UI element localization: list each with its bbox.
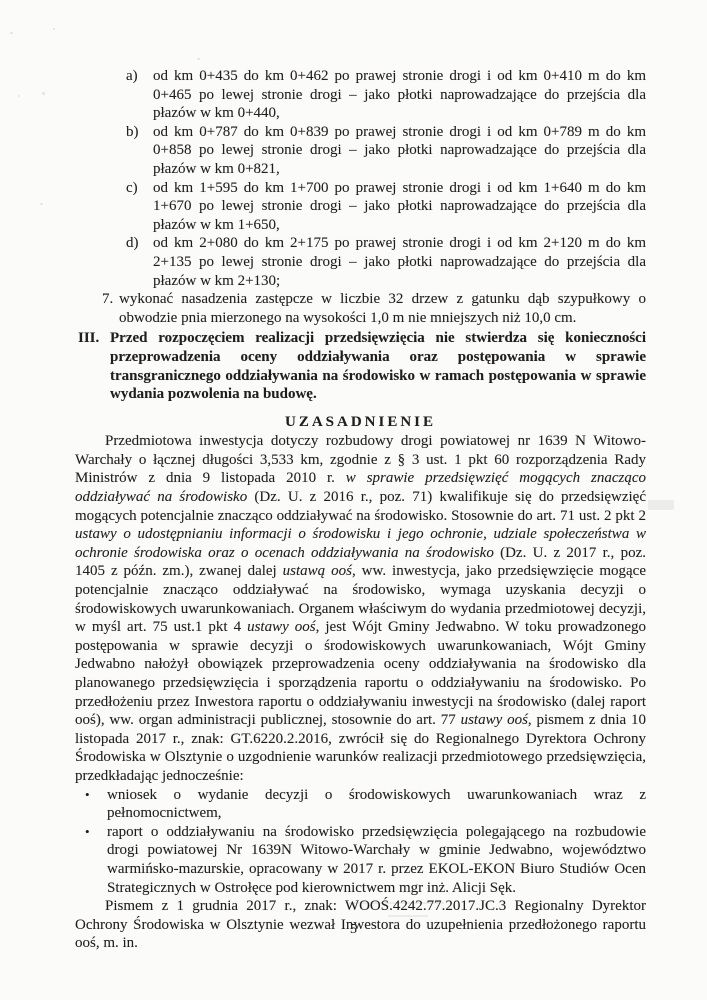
bullet-text: wniosek o wydanie decyzji o środowiskowy… (107, 786, 646, 823)
section-iii: III. Przed rozpoczęciem realizacji przed… (78, 329, 646, 403)
scan-speck (40, 203, 43, 205)
bullet-icon: • (85, 823, 107, 897)
scan-speck (18, 95, 20, 97)
list-item-text: od km 0+787 do km 0+839 po prawej stroni… (153, 123, 646, 179)
list-item-7: 7. wykonać nasadzenia zastępcze w liczbi… (102, 290, 646, 327)
list-item-c: c) od km 1+595 do km 1+700 po prawej str… (126, 179, 646, 235)
list-item-b: b) od km 0+787 do km 0+839 po prawej str… (126, 123, 646, 179)
list-item-a: a) od km 0+435 do km 0+462 po prawej str… (126, 67, 646, 123)
italic-run: ustawą ooś (283, 563, 352, 579)
list-item-label: c) (126, 179, 153, 235)
italic-run: ustawy ooś (461, 712, 528, 728)
scan-speck (10, 32, 13, 34)
section-label: III. (78, 329, 110, 403)
list-item-text: od km 0+435 do km 0+462 po prawej stroni… (153, 67, 646, 123)
bullet-text: raport o oddziaływaniu na środowisko prz… (107, 823, 646, 897)
scan-speck (197, 58, 200, 60)
scan-speck (53, 28, 55, 30)
page-number: 5 (0, 921, 707, 940)
list-item-label: a) (126, 67, 153, 123)
bullet-icon: • (85, 786, 107, 823)
section-text: Przed rozpoczęciem realizacji przedsięwz… (110, 329, 646, 403)
list-item-label: 7. (102, 290, 119, 327)
bullet-item-2: • raport o oddziaływaniu na środowisko p… (85, 823, 646, 897)
list-item-text: wykonać nasadzenia zastępcze w liczbie 3… (119, 290, 646, 327)
list-item-label: b) (126, 123, 153, 179)
list-item-d: d) od km 2+080 do km 2+175 po prawej str… (126, 234, 646, 290)
document-body: a) od km 0+435 do km 0+462 po prawej str… (75, 67, 646, 953)
italic-run: ustawy ooś (247, 619, 316, 635)
justification-heading: UZASADNIENIE (75, 413, 646, 432)
scan-smudge (648, 500, 674, 510)
bullet-item-1: • wniosek o wydanie decyzji o środowisko… (85, 786, 646, 823)
scan-speck (42, 92, 45, 95)
list-item-text: od km 1+595 do km 1+700 po prawej stroni… (153, 179, 646, 235)
list-item-text: od km 2+080 do km 2+175 po prawej stroni… (153, 234, 646, 290)
list-item-label: d) (126, 234, 153, 290)
justification-paragraph-1: Przedmiotowa inwestycja dotyczy rozbudow… (75, 432, 646, 785)
document-page: a) od km 0+435 do km 0+462 po prawej str… (0, 0, 707, 1000)
